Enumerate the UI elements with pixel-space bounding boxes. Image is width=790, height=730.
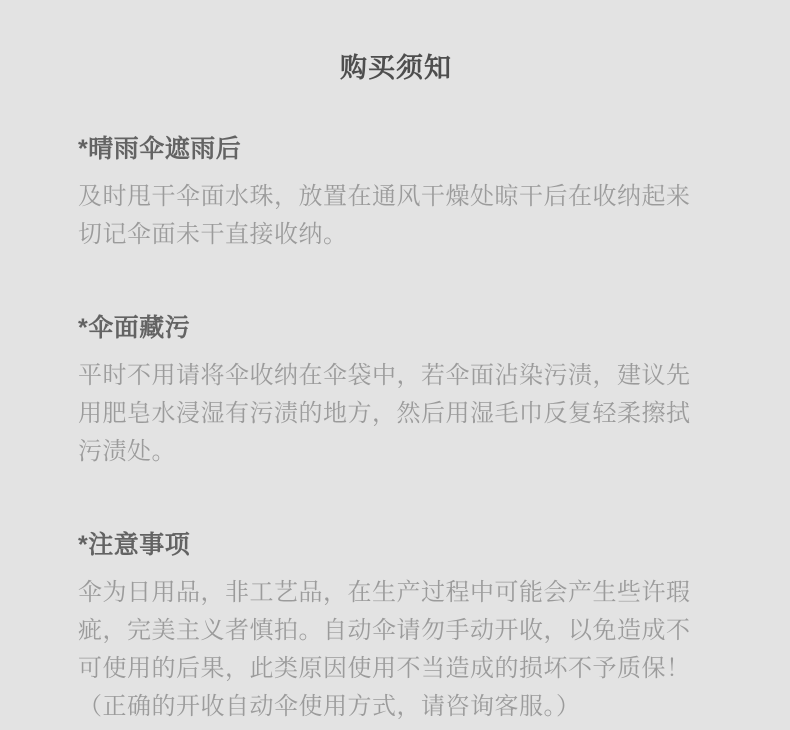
- notice-section-precautions: *注意事项 伞为日用品，非工艺品，在生产过程中可能会产生些许瑕 疵，完美主义者慎…: [78, 525, 714, 726]
- page-title: 购买须知: [78, 46, 714, 85]
- section-body-umbrella-after-rain: 及时甩干伞面水珠，放置在通风干燥处晾干后在收纳起来 切记伞面未干直接收纳。: [78, 178, 714, 254]
- section-heading-canopy-stains: *伞面藏污: [78, 308, 714, 344]
- purchase-notice-panel: 购买须知 *晴雨伞遮雨后 及时甩干伞面水珠，放置在通风干燥处晾干后在收纳起来 切…: [0, 0, 790, 730]
- section-body-precautions: 伞为日用品，非工艺品，在生产过程中可能会产生些许瑕 疵，完美主义者慎拍。自动伞请…: [78, 574, 714, 726]
- section-body-canopy-stains: 平时不用请将伞收纳在伞袋中，若伞面沾染污渍，建议先 用肥皂水浸湿有污渍的地方，然…: [78, 357, 714, 471]
- notice-section-canopy-stains: *伞面藏污 平时不用请将伞收纳在伞袋中，若伞面沾染污渍，建议先 用肥皂水浸湿有污…: [78, 308, 714, 471]
- section-heading-umbrella-after-rain: *晴雨伞遮雨后: [78, 129, 714, 165]
- section-heading-precautions: *注意事项: [78, 525, 714, 561]
- notice-section-umbrella-after-rain: *晴雨伞遮雨后 及时甩干伞面水珠，放置在通风干燥处晾干后在收纳起来 切记伞面未干…: [78, 129, 714, 254]
